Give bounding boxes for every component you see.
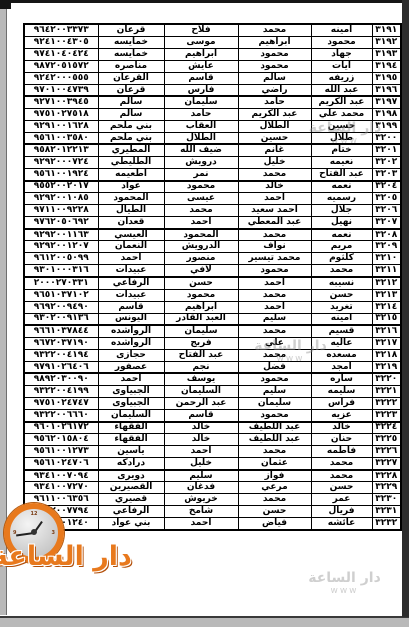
grandfather-name-cell: حامد xyxy=(164,108,238,120)
phone-number-cell: ٩٦٩٢٠٠٩٤٩٠ xyxy=(24,301,98,313)
serial-number-cell: ٣١٩٣ xyxy=(372,48,401,60)
phone-number-cell: ٩٣٢٢٠٠٤١٩٤ xyxy=(24,349,98,361)
father-name-cell: عثمان xyxy=(238,458,311,470)
phone-number-cell: ٩٦٧٢٠٣٧١٩٠ xyxy=(24,337,98,349)
first-name-cell: مريم xyxy=(311,241,372,253)
father-name-cell: محمد xyxy=(238,24,311,36)
table-row: ٣٢٣١ فريال حسن شامخ الرفاعي ٩٦٤٢٠٠٧٧٩٤ xyxy=(24,506,401,518)
father-name-cell: محمود xyxy=(238,60,311,72)
first-name-cell: امينه xyxy=(311,313,372,325)
father-name-cell: حامد xyxy=(238,96,311,108)
family-name-cell: الجبياوى xyxy=(98,385,164,397)
table-row: ٣٢٢٩ حسن مرعي فدغان القصيرين ٩٣٤١٠٠٧٢٧٠ xyxy=(24,482,401,494)
serial-number-cell: ٣٢٢٧ xyxy=(372,458,401,470)
family-name-cell: السليمان xyxy=(98,410,164,422)
family-name-cell: خمايسه xyxy=(98,36,164,48)
family-name-cell: قرعان xyxy=(98,84,164,96)
watermark-site-name: دار الساعة xyxy=(292,570,397,586)
father-name-cell: محمد xyxy=(238,289,311,301)
family-name-cell: الرواشده xyxy=(98,337,164,349)
serial-number-cell: ٣٢٢٤ xyxy=(372,422,401,434)
phone-number-cell: ٩٧٥١٠٢٤٧٤٧ xyxy=(24,397,98,409)
names-roster-table: ٣١٩١ امينه محمد فلاح قرعان ٩٦٤٢٠٠٣٣٧٣ ٣١… xyxy=(23,23,402,531)
page-right-edge xyxy=(402,0,409,617)
grandfather-name-cell: ضيف الله xyxy=(164,144,238,156)
serial-number-cell: ٣٢٣١ xyxy=(372,506,401,518)
first-name-cell: حسن xyxy=(311,289,372,301)
first-name-cell: حسن xyxy=(311,482,372,494)
grandfather-name-cell: خريوش xyxy=(164,494,238,506)
family-name-cell: اطعيمه xyxy=(98,169,164,181)
serial-number-cell: ٣١٩٦ xyxy=(372,84,401,96)
serial-number-cell: ٣٢٠٦ xyxy=(372,205,401,217)
phone-number-cell: ٩٥٦١٠٠١٢٧٣ xyxy=(24,446,98,458)
table-row: ٣٢٠٧ نهيل عبد المعطي احمد قعدان ٩٧٦٢٠٥٠٦… xyxy=(24,217,401,229)
family-name-cell: الفقهاء xyxy=(98,434,164,446)
father-name-cell: محمود xyxy=(238,48,311,60)
father-name-cell: مرعي xyxy=(238,482,311,494)
grandfather-name-cell: حسن xyxy=(164,277,238,289)
first-name-cell: فريال xyxy=(311,506,372,518)
grandfather-name-cell: فدغان xyxy=(164,482,238,494)
father-name-cell: نواف xyxy=(238,241,311,253)
serial-number-cell: ٣١٩٧ xyxy=(372,96,401,108)
grandfather-name-cell: احمد xyxy=(164,446,238,458)
serial-number-cell: ٣٢١٢ xyxy=(372,277,401,289)
father-name-cell: محمود xyxy=(238,265,311,277)
first-name-cell: فاطمه xyxy=(311,446,372,458)
father-name-cell: محمود xyxy=(238,410,311,422)
clock-number-12: 12 xyxy=(31,511,38,517)
family-name-cell: دويرى xyxy=(98,470,164,482)
grandfather-name-cell: السليمان xyxy=(164,385,238,397)
father-name-cell: خليل xyxy=(238,157,311,169)
phone-number-cell: ٩٢٩٢٠٠١٢٠٧ xyxy=(24,241,98,253)
grandfather-name-cell: ابراهيم xyxy=(164,48,238,60)
grandfather-name-cell: ابراهيم xyxy=(164,301,238,313)
serial-number-cell: ٣٢١٧ xyxy=(372,337,401,349)
first-name-cell: خالد xyxy=(311,422,372,434)
phone-number-cell: ٩٣٢٢٠٠٦٦٦٠ xyxy=(24,410,98,422)
table-row: ٣٢١٧ عاليه علي فريج الرواشده ٩٦٧٢٠٣٧١٩٠ xyxy=(24,337,401,349)
grandfather-name-cell: عيسى xyxy=(164,193,238,205)
serial-number-cell: ٣١٩٢ xyxy=(372,36,401,48)
table-row: ٣٢١٩ امجد فضل نجم عصفور ٩٧٩١٠٢٦٤٠٦ xyxy=(24,361,401,373)
grandfather-name-cell: موسى xyxy=(164,36,238,48)
phone-number-cell: ٩٦١٢٠٠٥٠٩٩ xyxy=(24,253,98,265)
grandfather-name-cell: قاسم xyxy=(164,72,238,84)
grandfather-name-cell: منصور xyxy=(164,253,238,265)
father-name-cell: محمود xyxy=(238,373,311,385)
scanned-page: ٣١٩١ امينه محمد فلاح قرعان ٩٦٤٢٠٠٣٣٧٣ ٣١… xyxy=(0,0,409,627)
table-row: ٣٢٠٣ عبد الفتاح محمد نمر اطعيمه ٩٥٦١٠٠١٩… xyxy=(24,169,401,181)
family-name-cell: الطليطي xyxy=(98,157,164,169)
grandfather-name-cell: درويش xyxy=(164,157,238,169)
grandfather-name-cell: محمد xyxy=(164,205,238,217)
first-name-cell: زريفه xyxy=(311,72,372,84)
phone-number-cell: ٩٥٦١٠٠١٩٢٤ xyxy=(24,169,98,181)
table-row: ٣٢٢١ سليمه سليم السليمان الجبياوى ٩٣٢٢٠٠… xyxy=(24,385,401,397)
table-row: ٣٢١٨ مسعده محمد عبد الفتاح حجازى ٩٣٢٢٠٠٤… xyxy=(24,349,401,361)
serial-number-cell: ٣٢١٦ xyxy=(372,325,401,337)
table-row: ٣١٩٧ عبد الكريم حامد سليمان سالم ٩٢٧١٠٠٣… xyxy=(24,96,401,108)
serial-number-cell: ٣١٩٨ xyxy=(372,108,401,120)
phone-number-cell: ٩٨٧٢٠٥١٥٧٢ xyxy=(24,60,98,72)
family-name-cell: الفقهاء xyxy=(98,422,164,434)
serial-number-cell: ٣٢٢٠ xyxy=(372,373,401,385)
watermark-url: www xyxy=(292,586,397,596)
table-row: ٣٢١٠ كلثوم محمد تيسير منصور احمد ٩٦١٢٠٠٥… xyxy=(24,253,401,265)
father-name-cell: احمد xyxy=(238,277,311,289)
first-name-cell: فراس xyxy=(311,397,372,409)
father-name-cell: احمد سعيد xyxy=(238,205,311,217)
table-row: ٣٢٠٨ نعمه محمد المحمود العيسي ٩٢٩٢٠٠١١٦٣ xyxy=(24,229,401,241)
table-row: ٣١٩٣ جهاد محمود ابراهيم خمايسه ٩٧٤١٠٤٠٤٢… xyxy=(24,48,401,60)
first-name-cell: محمد xyxy=(311,458,372,470)
table-row: ٣١٩٢ محمود ابراهيم موسى خمايسه ٩٢٤١٠٠٤٣٠… xyxy=(24,36,401,48)
grandfather-name-cell: الدرويش xyxy=(164,241,238,253)
first-name-cell: عاليه xyxy=(311,337,372,349)
table-row: ٣٢٠٢ نعيمه خليل درويش الطليطي ٩٢٩٢٠٠٠٧٢٤ xyxy=(24,157,401,169)
table-row: ٣٢٠٤ نعمه خالد محمود عواد ٩٥٥٢٠٠٢٠١٧ xyxy=(24,181,401,193)
phone-number-cell: ٩٦٤٢٠٠٣٣٧٣ xyxy=(24,24,98,36)
father-name-cell: سليمان xyxy=(238,397,311,409)
family-name-cell: درادكه xyxy=(98,458,164,470)
phone-number-cell: ٩٧٤١٠٤٠٤٢٤ xyxy=(24,48,98,60)
first-name-cell: نعمه xyxy=(311,181,372,193)
first-name-cell: محمد xyxy=(311,265,372,277)
grandfather-name-cell: نجم xyxy=(164,361,238,373)
serial-number-cell: ٣٢١٠ xyxy=(372,253,401,265)
phone-number-cell: ٩٨٩٢٠٣٠٠٩٠ xyxy=(24,373,98,385)
first-name-cell: نعمه xyxy=(311,229,372,241)
family-name-cell: بني ملحم xyxy=(98,120,164,132)
phone-number-cell: ٢٠٠٠٢٧٠٣٣١ xyxy=(24,277,98,289)
serial-number-cell: ٣٢٠٨ xyxy=(372,229,401,241)
family-name-cell: سالم xyxy=(98,108,164,120)
phone-number-cell: ٩٥٨٢٠١٢٢١٣ xyxy=(24,144,98,156)
phone-number-cell: ٩٦٥١٠٣٧١٠٢ xyxy=(24,289,98,301)
phone-number-cell: ٩٦٠١٠٢٦١٧٢ xyxy=(24,422,98,434)
phone-number-cell: ٩٣٠٢٠٠٩١٣٦ xyxy=(24,313,98,325)
grandfather-name-cell: محمود xyxy=(164,181,238,193)
family-name-cell: بني ملحم xyxy=(98,132,164,144)
family-name-cell: عصفور xyxy=(98,361,164,373)
family-name-cell: قصيري xyxy=(98,494,164,506)
father-name-cell: احمد xyxy=(238,193,311,205)
serial-number-cell: ٣١٩٩ xyxy=(372,120,401,132)
first-name-cell: ايات xyxy=(311,60,372,72)
family-name-cell: خمايسه xyxy=(98,48,164,60)
phone-number-cell: ٩٧١١٠٠٩٢٢٨ xyxy=(24,205,98,217)
table-row: ٣٢٠١ ختام غانم ضيف الله المطيري ٩٥٨٢٠١٢٢… xyxy=(24,144,401,156)
page-corner xyxy=(0,0,11,9)
grandfather-name-cell: خالد xyxy=(164,434,238,446)
father-name-cell: سليم xyxy=(238,313,311,325)
family-name-cell: النعمان xyxy=(98,241,164,253)
first-name-cell: عمر xyxy=(311,494,372,506)
father-name-cell: عبد اللطيف xyxy=(238,422,311,434)
family-name-cell: قرعان xyxy=(98,24,164,36)
phone-number-cell: ٩٧٠١٠٠٤٧٣٩ xyxy=(24,84,98,96)
first-name-cell: قسيم xyxy=(311,325,372,337)
table-row: ٣٢٢٧ محمد عثمان خليل درادكه ٩٥٦١٠٢٤٧٠٦ xyxy=(24,458,401,470)
family-name-cell: الرفاعي xyxy=(98,277,164,289)
serial-number-cell: ٣٢١٣ xyxy=(372,289,401,301)
serial-number-cell: ٣٢٢٥ xyxy=(372,434,401,446)
family-name-cell: ياسين xyxy=(98,446,164,458)
grandfather-name-cell: المحمود xyxy=(164,229,238,241)
father-name-cell: عبد اللطيف xyxy=(238,434,311,446)
serial-number-cell: ٣٢٣٠ xyxy=(372,494,401,506)
serial-number-cell: ٣٢١٨ xyxy=(372,349,401,361)
grandfather-name-cell: احمد xyxy=(164,217,238,229)
first-name-cell: عبد الفتاح xyxy=(311,169,372,181)
table-row: ٣٢٠٥ رسميه احمد عيسى المحمود ٩٢٩٢٠٠١٠٨٥ xyxy=(24,193,401,205)
table-row: ٣١٩٦ عبد الله راضي فارس قرعان ٩٧٠١٠٠٤٧٣٩ xyxy=(24,84,401,96)
first-name-cell: محمد علي xyxy=(311,108,372,120)
grandfather-name-cell: قاسم xyxy=(164,410,238,422)
family-name-cell: المطيري xyxy=(98,144,164,156)
first-name-cell: جهاد xyxy=(311,48,372,60)
phone-number-cell: ٩٧٦٢٠٥٠٦٩٢ xyxy=(24,217,98,229)
serial-number-cell: ٣١٩٥ xyxy=(372,72,401,84)
phone-number-cell: ٩٢٧١٠٠٣٩٤٥ xyxy=(24,96,98,108)
first-name-cell: ساره xyxy=(311,373,372,385)
roster-body: ٣١٩١ امينه محمد فلاح قرعان ٩٦٤٢٠٠٣٣٧٣ ٣١… xyxy=(24,24,401,530)
table-row: ٣٢١٢ نسيبه احمد حسن الرفاعي ٢٠٠٠٢٧٠٣٣١ xyxy=(24,277,401,289)
family-name-cell: قاسم xyxy=(98,301,164,313)
grandfather-name-cell: عايش xyxy=(164,60,238,72)
father-name-cell: محمد xyxy=(238,349,311,361)
serial-number-cell: ٣٢٢٣ xyxy=(372,410,401,422)
watermark-logo-text: دار الساعة xyxy=(0,541,132,572)
father-name-cell: فواز xyxy=(238,470,311,482)
first-name-cell: عزيه xyxy=(311,410,372,422)
grandfather-name-cell: خليل xyxy=(164,458,238,470)
table-row: ٣١٩١ امينه محمد فلاح قرعان ٩٦٤٢٠٠٣٣٧٣ xyxy=(24,24,401,36)
grandfather-name-cell: سليم xyxy=(164,470,238,482)
first-name-cell: امجد xyxy=(311,361,372,373)
phone-number-cell: ٩٣٠١٠٠٠٣١٦ xyxy=(24,265,98,277)
family-name-cell: عبيدات xyxy=(98,289,164,301)
father-name-cell: عبد المعطي xyxy=(238,217,311,229)
family-name-cell: مناصره xyxy=(98,60,164,72)
grandfather-name-cell: فارس xyxy=(164,84,238,96)
first-name-cell: نهيل xyxy=(311,217,372,229)
first-name-cell: حسين xyxy=(311,120,372,132)
phone-number-cell: ٩٧٩١٠٢٦٤٠٦ xyxy=(24,361,98,373)
table-row: ٣١٩٤ ايات محمود عايش مناصره ٩٨٧٢٠٥١٥٧٢ xyxy=(24,60,401,72)
father-name-cell: ابراهيم xyxy=(238,36,311,48)
family-name-cell: الطيال xyxy=(98,205,164,217)
father-name-cell: راضي xyxy=(238,84,311,96)
grandfather-name-cell: عبد الرحمن xyxy=(164,397,238,409)
table-row: ٣٢١١ محمد محمود لافي عبيدات ٩٣٠١٠٠٠٣١٦ xyxy=(24,265,401,277)
phone-number-cell: ٩٥٦٢٠١٥٨٠٤ xyxy=(24,434,98,446)
serial-number-cell: ٣٢٠٤ xyxy=(372,181,401,193)
grandfather-name-cell: شامخ xyxy=(164,506,238,518)
first-name-cell: محمد xyxy=(311,470,372,482)
table-row: ٣٢٠٠ طلال حسين الطلال بني ملحم ٩٥٦١٠٠٣٥٨… xyxy=(24,132,401,144)
grandfather-name-cell: سليمان xyxy=(164,325,238,337)
family-name-cell: عواد xyxy=(98,181,164,193)
serial-number-cell: ٣١٩١ xyxy=(372,24,401,36)
phone-number-cell: ٩٥٥٢٠٠٢٠١٧ xyxy=(24,181,98,193)
father-name-cell: محمد xyxy=(238,169,311,181)
table-row: ٣٢٢٢ فراس سليمان عبد الرحمن الجبياوى ٩٧٥… xyxy=(24,397,401,409)
serial-number-cell: ٣١٩٤ xyxy=(372,60,401,72)
table-row: ٣٢١٤ تغريد احمد ابراهيم قاسم ٩٦٩٢٠٠٩٤٩٠ xyxy=(24,301,401,313)
family-name-cell: المحمود xyxy=(98,193,164,205)
first-name-cell: حنان xyxy=(311,434,372,446)
first-name-cell: مسعده xyxy=(311,349,372,361)
table-row: ٣١٩٨ محمد علي عبد الكريم حامد سالم ٩٧٥١٠… xyxy=(24,108,401,120)
first-name-cell: تغريد xyxy=(311,301,372,313)
family-name-cell: بني عواد xyxy=(98,518,164,530)
family-name-cell: حجازى xyxy=(98,349,164,361)
family-name-cell: سالم xyxy=(98,96,164,108)
table-row: ٣٢١٣ حسن محمد محمود عبيدات ٩٦٥١٠٣٧١٠٢ xyxy=(24,289,401,301)
table-row: ٣٢٢٨ محمد فواز سليم دويرى ٩٣٤١٠٠٧٠٩٤ xyxy=(24,470,401,482)
family-name-cell: احمد xyxy=(98,373,164,385)
page-top-edge xyxy=(0,0,409,3)
first-name-cell: عائشه xyxy=(311,518,372,530)
phone-number-cell: ٩٥٦١٠٠٣٥٨٠ xyxy=(24,132,98,144)
first-name-cell: ختام xyxy=(311,144,372,156)
phone-number-cell: ٩٣٤١٠٠٧٠٩٤ xyxy=(24,470,98,482)
family-name-cell: الرواشده xyxy=(98,325,164,337)
first-name-cell: طلال xyxy=(311,132,372,144)
serial-number-cell: ٣٢٠٩ xyxy=(372,241,401,253)
page-bottom-edge xyxy=(0,616,409,627)
first-name-cell: نعيمه xyxy=(311,157,372,169)
phone-number-cell: ٩٢٩٢٠٠١٠٨٥ xyxy=(24,193,98,205)
table-row: ٣٢٣٠ عمر محمد خريوش قصيري ٩٦١١٠٠٦٣٥٦ xyxy=(24,494,401,506)
table-row: ٣٢٢٦ فاطمه محمد احمد ياسين ٩٥٦١٠٠١٢٧٣ xyxy=(24,446,401,458)
table-row: ٣٢٠٩ مريم نواف الدرويش النعمان ٩٢٩٢٠٠١٢٠… xyxy=(24,241,401,253)
grandfather-name-cell: يوسف xyxy=(164,373,238,385)
grandfather-name-cell: سليمان xyxy=(164,96,238,108)
father-name-cell: سليم xyxy=(238,385,311,397)
first-name-cell: محمود xyxy=(311,36,372,48)
table-row: ٣١٩٩ حسين الطلال العقاب بني ملحم ٩٢٩١٠٠١… xyxy=(24,120,401,132)
table-row: ٣٢١٦ قسيم محمد سليمان الرواشده ٩٦٦١٠٣٧٨٤… xyxy=(24,325,401,337)
family-name-cell: اليونس xyxy=(98,313,164,325)
grandfather-name-cell: عبد الفتاح xyxy=(164,349,238,361)
first-name-cell: كلثوم xyxy=(311,253,372,265)
first-name-cell: عبد الكريم xyxy=(311,96,372,108)
father-name-cell: محمد xyxy=(238,446,311,458)
grandfather-name-cell: لافي xyxy=(164,265,238,277)
grandfather-name-cell: احمد xyxy=(164,518,238,530)
serial-number-cell: ٣٢١٤ xyxy=(372,301,401,313)
phone-number-cell: ٩٢٩١٠٠١٦٢٨ xyxy=(24,120,98,132)
serial-number-cell: ٣٢٠٣ xyxy=(372,169,401,181)
first-name-cell: جلال xyxy=(311,205,372,217)
phone-number-cell: ٩٢٩٢٠٠١١٦٣ xyxy=(24,229,98,241)
family-name-cell: القصيرين xyxy=(98,482,164,494)
table-row: ٣٢٢٣ عزيه محمود قاسم السليمان ٩٣٢٢٠٠٦٦٦٠ xyxy=(24,410,401,422)
serial-number-cell: ٣٢٢٨ xyxy=(372,470,401,482)
serial-number-cell: ٣٢١٩ xyxy=(372,361,401,373)
father-name-cell: علي xyxy=(238,337,311,349)
grandfather-name-cell: فريج xyxy=(164,337,238,349)
serial-number-cell: ٣٢٣٢ xyxy=(372,518,401,530)
serial-number-cell: ٣٢٠١ xyxy=(372,144,401,156)
grandfather-name-cell: العقاب xyxy=(164,120,238,132)
table-row: ٣٢٢٤ خالد عبد اللطيف خالد الفقهاء ٩٦٠١٠٢… xyxy=(24,422,401,434)
family-name-cell: قعدان xyxy=(98,217,164,229)
family-name-cell: العيسي xyxy=(98,229,164,241)
grandfather-name-cell: العبد القادر xyxy=(164,313,238,325)
first-name-cell: سليمه xyxy=(311,385,372,397)
phone-number-cell: ٩٢٤١٠٠٤٣٠٥ xyxy=(24,36,98,48)
phone-number-cell: ٩٥٦١٠٢٤٧٠٦ xyxy=(24,458,98,470)
first-name-cell: رسميه xyxy=(311,193,372,205)
phone-number-cell: ٩٢٩٢٠٠٠٧٢٤ xyxy=(24,157,98,169)
phone-number-cell: ٩٣٢٢٠٠٤١٩٩ xyxy=(24,385,98,397)
family-name-cell: الجبياوى xyxy=(98,397,164,409)
table-row: ٣٢١٥ امينه سليم العبد القادر اليونس ٩٣٠٢… xyxy=(24,313,401,325)
table-row: ٣٢٣٢ عائشه فياض احمد بني عواد ٩٣٤٢٠٠١٢٤٠ xyxy=(24,518,401,530)
father-name-cell: محمد xyxy=(238,229,311,241)
serial-number-cell: ٣٢٢٦ xyxy=(372,446,401,458)
phone-number-cell: ٩٣٤١٠٠٧٢٧٠ xyxy=(24,482,98,494)
father-name-cell: حسين xyxy=(238,132,311,144)
first-name-cell: امينه xyxy=(311,24,372,36)
serial-number-cell: ٣٢٠٠ xyxy=(372,132,401,144)
grandfather-name-cell: فلاح xyxy=(164,24,238,36)
serial-number-cell: ٣٢١١ xyxy=(372,265,401,277)
father-name-cell: محمد xyxy=(238,325,311,337)
grandfather-name-cell: خالد xyxy=(164,422,238,434)
table-row: ٣٢٢٥ حنان عبد اللطيف خالد الفقهاء ٩٥٦٢٠١… xyxy=(24,434,401,446)
table-row: ٣١٩٥ زريفه سالم قاسم القرعان ٩٢٤٢٠٠٠٥٥٥ xyxy=(24,72,401,84)
grandfather-name-cell: نمر xyxy=(164,169,238,181)
clock-center-pin xyxy=(31,529,37,535)
phone-number-cell: ٩٦٦١٠٣٧٨٤٤ xyxy=(24,325,98,337)
table-row: ٣٢٢٠ ساره محمود يوسف احمد ٩٨٩٢٠٣٠٠٩٠ xyxy=(24,373,401,385)
father-name-cell: غانم xyxy=(238,144,311,156)
site-watermark: دار الساعة www xyxy=(292,570,397,596)
family-name-cell: عبيدات xyxy=(98,265,164,277)
father-name-cell: فضل xyxy=(238,361,311,373)
first-name-cell: عبد الله xyxy=(311,84,372,96)
table-row: ٣٢٠٦ جلال احمد سعيد محمد الطيال ٩٧١١٠٠٩٢… xyxy=(24,205,401,217)
father-name-cell: احمد xyxy=(238,301,311,313)
phone-number-cell: ٩٢٤٢٠٠٠٥٥٥ xyxy=(24,72,98,84)
serial-number-cell: ٣٢٠٢ xyxy=(372,157,401,169)
grandfather-name-cell: محمود xyxy=(164,289,238,301)
family-name-cell: احمد xyxy=(98,253,164,265)
father-name-cell: محمد تيسير xyxy=(238,253,311,265)
serial-number-cell: ٣٢٢٩ xyxy=(372,482,401,494)
serial-number-cell: ٣٢٢١ xyxy=(372,385,401,397)
serial-number-cell: ٣٢١٥ xyxy=(372,313,401,325)
first-name-cell: نسيبه xyxy=(311,277,372,289)
father-name-cell: محمد xyxy=(238,494,311,506)
family-name-cell: الرفاعي xyxy=(98,506,164,518)
father-name-cell: عبد الكريم xyxy=(238,108,311,120)
serial-number-cell: ٣٢٠٥ xyxy=(372,193,401,205)
father-name-cell: سالم xyxy=(238,72,311,84)
phone-number-cell: ٩٧٥١٠٢٧٥١٨ xyxy=(24,108,98,120)
grandfather-name-cell: الطلال xyxy=(164,132,238,144)
father-name-cell: فياض xyxy=(238,518,311,530)
father-name-cell: خالد xyxy=(238,181,311,193)
serial-number-cell: ٣٢٢٢ xyxy=(372,397,401,409)
